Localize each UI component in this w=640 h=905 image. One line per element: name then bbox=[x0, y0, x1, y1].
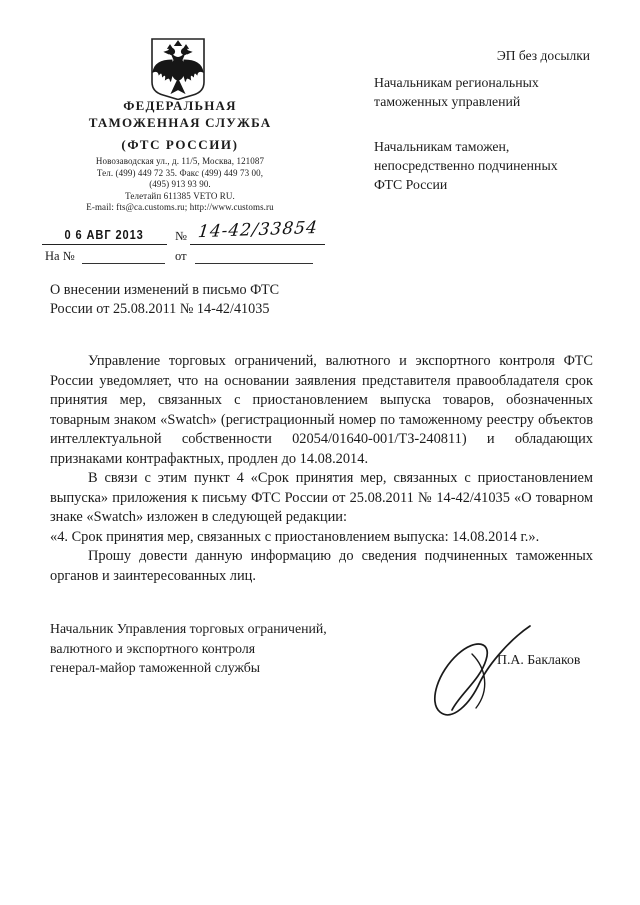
reply-number-blank bbox=[82, 249, 165, 264]
phone-fax-line: Тел. (499) 449 72 35. Факс (499) 449 73 … bbox=[45, 168, 315, 180]
body-paragraph-3: «4. Срок принятия мер, связанных с приос… bbox=[50, 528, 593, 548]
org-name-line2: ТАМОЖЕННАЯ СЛУЖБА bbox=[45, 114, 315, 131]
org-contacts-block: Новозаводская ул., д. 11/5, Москва, 1210… bbox=[45, 156, 315, 214]
body-paragraph-4: Прошу довести данную информацию до сведе… bbox=[50, 547, 593, 586]
subject-line: О внесении изменений в письмо ФТС России… bbox=[50, 281, 390, 319]
body-paragraph-1: Управление торговых ограничений, валютно… bbox=[50, 352, 593, 469]
org-name-line1: ФЕДЕРАЛЬНАЯ bbox=[45, 97, 315, 114]
reply-date-blank bbox=[195, 249, 313, 264]
signer-position-title: Начальник Управления торговых ограничени… bbox=[50, 619, 327, 678]
outgoing-number-handwritten: 14-42/33854 bbox=[197, 218, 319, 242]
delivery-marking: ЭП без досылки bbox=[390, 48, 590, 64]
outgoing-number-field: 14-42/33854 bbox=[190, 220, 325, 245]
email-web-line: E-mail: fts@ca.customs.ru; http://www.cu… bbox=[45, 202, 315, 214]
date-stamp: 0 6 АВГ 2013 bbox=[65, 227, 144, 242]
date-field: 0 6 АВГ 2013 bbox=[42, 226, 167, 245]
reference-row-reply: На № от bbox=[45, 249, 335, 267]
org-name-line3: (ФТС РОССИИ) bbox=[45, 136, 315, 153]
body-paragraph-2: В связи с этим пункт 4 «Срок принятия ме… bbox=[50, 469, 593, 528]
number-sign-label: № bbox=[175, 229, 187, 244]
addressee-block-2: Начальникам таможен, непосредственно под… bbox=[374, 137, 558, 194]
signer-name: П.А. Баклаков bbox=[497, 652, 580, 668]
phone-line2: (495) 913 93 90. bbox=[45, 179, 315, 191]
addressee-block-1: Начальникам региональных таможенных упра… bbox=[374, 73, 539, 111]
address-line: Новозаводская ул., д. 11/5, Москва, 1210… bbox=[45, 156, 315, 168]
handwritten-signature-icon bbox=[428, 624, 538, 727]
teletype-line: Телетайп 611385 VETO RU. bbox=[45, 191, 315, 203]
letter-body: Управление торговых ограничений, валютно… bbox=[50, 352, 593, 586]
reply-to-label: На № bbox=[45, 249, 75, 264]
scanned-letter-page: ФЕДЕРАЛЬНАЯ ТАМОЖЕННАЯ СЛУЖБА (ФТС РОССИ… bbox=[0, 0, 640, 905]
coat-of-arms-icon bbox=[149, 36, 207, 105]
reply-from-label: от bbox=[175, 249, 187, 264]
org-name-block: ФЕДЕРАЛЬНАЯ ТАМОЖЕННАЯ СЛУЖБА (ФТС РОССИ… bbox=[45, 97, 315, 153]
reference-row-date-number: 0 6 АВГ 2013 № 14-42/33854 bbox=[42, 226, 332, 248]
